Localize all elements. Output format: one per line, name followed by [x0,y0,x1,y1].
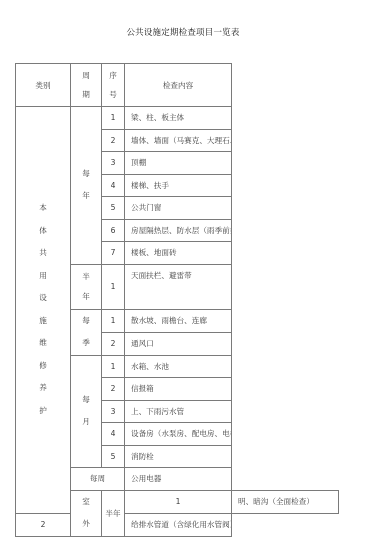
content-cell: 上、下雨污水管 [125,400,232,423]
seq-cell: 7 [102,242,125,265]
seq-cell: 3 [102,152,125,175]
content-cell: 水箱、水池 [125,355,232,378]
content-cell: 公共门窗 [125,197,232,220]
content-cell: 给排水管道（含绿化用水管阀） [125,513,232,536]
content-cell: 通风口 [125,332,232,355]
seq-cell: 4 [102,423,125,446]
document-title: 公共设施定期检查项目一览表 [0,26,366,38]
header-seq: 序 号 [102,64,125,107]
seq-cell: 5 [102,445,125,468]
seq-cell: 1 [102,264,125,309]
content-cell: 天面扶栏、避雷带 [125,264,232,309]
period-cell-monthly: 每 月 [71,355,102,468]
table-header-row: 类别 周 期 序 号 检查内容 [16,64,339,107]
seq-cell: 2 [16,513,71,536]
seq-cell: 2 [102,332,125,355]
table-row: 本 体 共 用 设 施 维 修 养 护 每 年 1 梁、柱、板主体 [16,107,339,130]
seq-cell: 6 [102,219,125,242]
seq-cell: 1 [102,355,125,378]
content-cell: 楼板、地面砖 [125,242,232,265]
seq-cell: 1 [102,107,125,130]
seq-cell: 2 [102,378,125,401]
content-cell: 顶棚 [125,152,232,175]
seq-cell: 5 [102,197,125,220]
content-cell: 消防栓 [125,445,232,468]
seq-cell: 1 [125,490,232,513]
category-cell-outdoor: 室 外 [71,490,102,536]
content-cell: 设备房（水泵房、配电房、电梯房） [125,423,232,446]
inspection-table: 类别 周 期 序 号 检查内容 本 体 共 用 设 施 维 修 养 护 每 年 … [15,63,339,537]
period-cell-outdoor-half-year: 半年 [102,490,125,536]
header-content: 检查内容 [125,64,232,107]
content-cell: 散水坡、雨檐台、连廊 [125,309,232,332]
seq-cell: 1 [102,309,125,332]
table-row: 2 给排水管道（含绿化用水管阀） [16,513,339,536]
header-period: 周 期 [71,64,102,107]
category-cell-main: 本 体 共 用 设 施 维 修 养 护 [16,107,71,514]
period-cell-weekly: 每周 [71,468,125,491]
content-cell: 楼梯、扶手 [125,174,232,197]
content-cell: 信报箱 [125,378,232,401]
content-cell: 墙体、墙面（马赛克、大理石、条砖、瓷面砖、喷涂） [125,129,232,152]
seq-cell: 3 [102,400,125,423]
seq-cell: 2 [102,129,125,152]
period-cell-half-year: 半 年 [71,264,102,309]
seq-cell: 4 [102,174,125,197]
content-cell: 房屋隔热层、防水层（雨季前须另外检查） [125,219,232,242]
period-cell-yearly: 每 年 [71,107,102,265]
period-cell-quarterly: 每 季 [71,309,102,355]
content-cell: 明、暗沟（全面检查） [232,490,339,513]
header-category: 类别 [16,64,71,107]
content-cell: 梁、柱、板主体 [125,107,232,130]
content-cell: 公用电器 [125,468,232,491]
